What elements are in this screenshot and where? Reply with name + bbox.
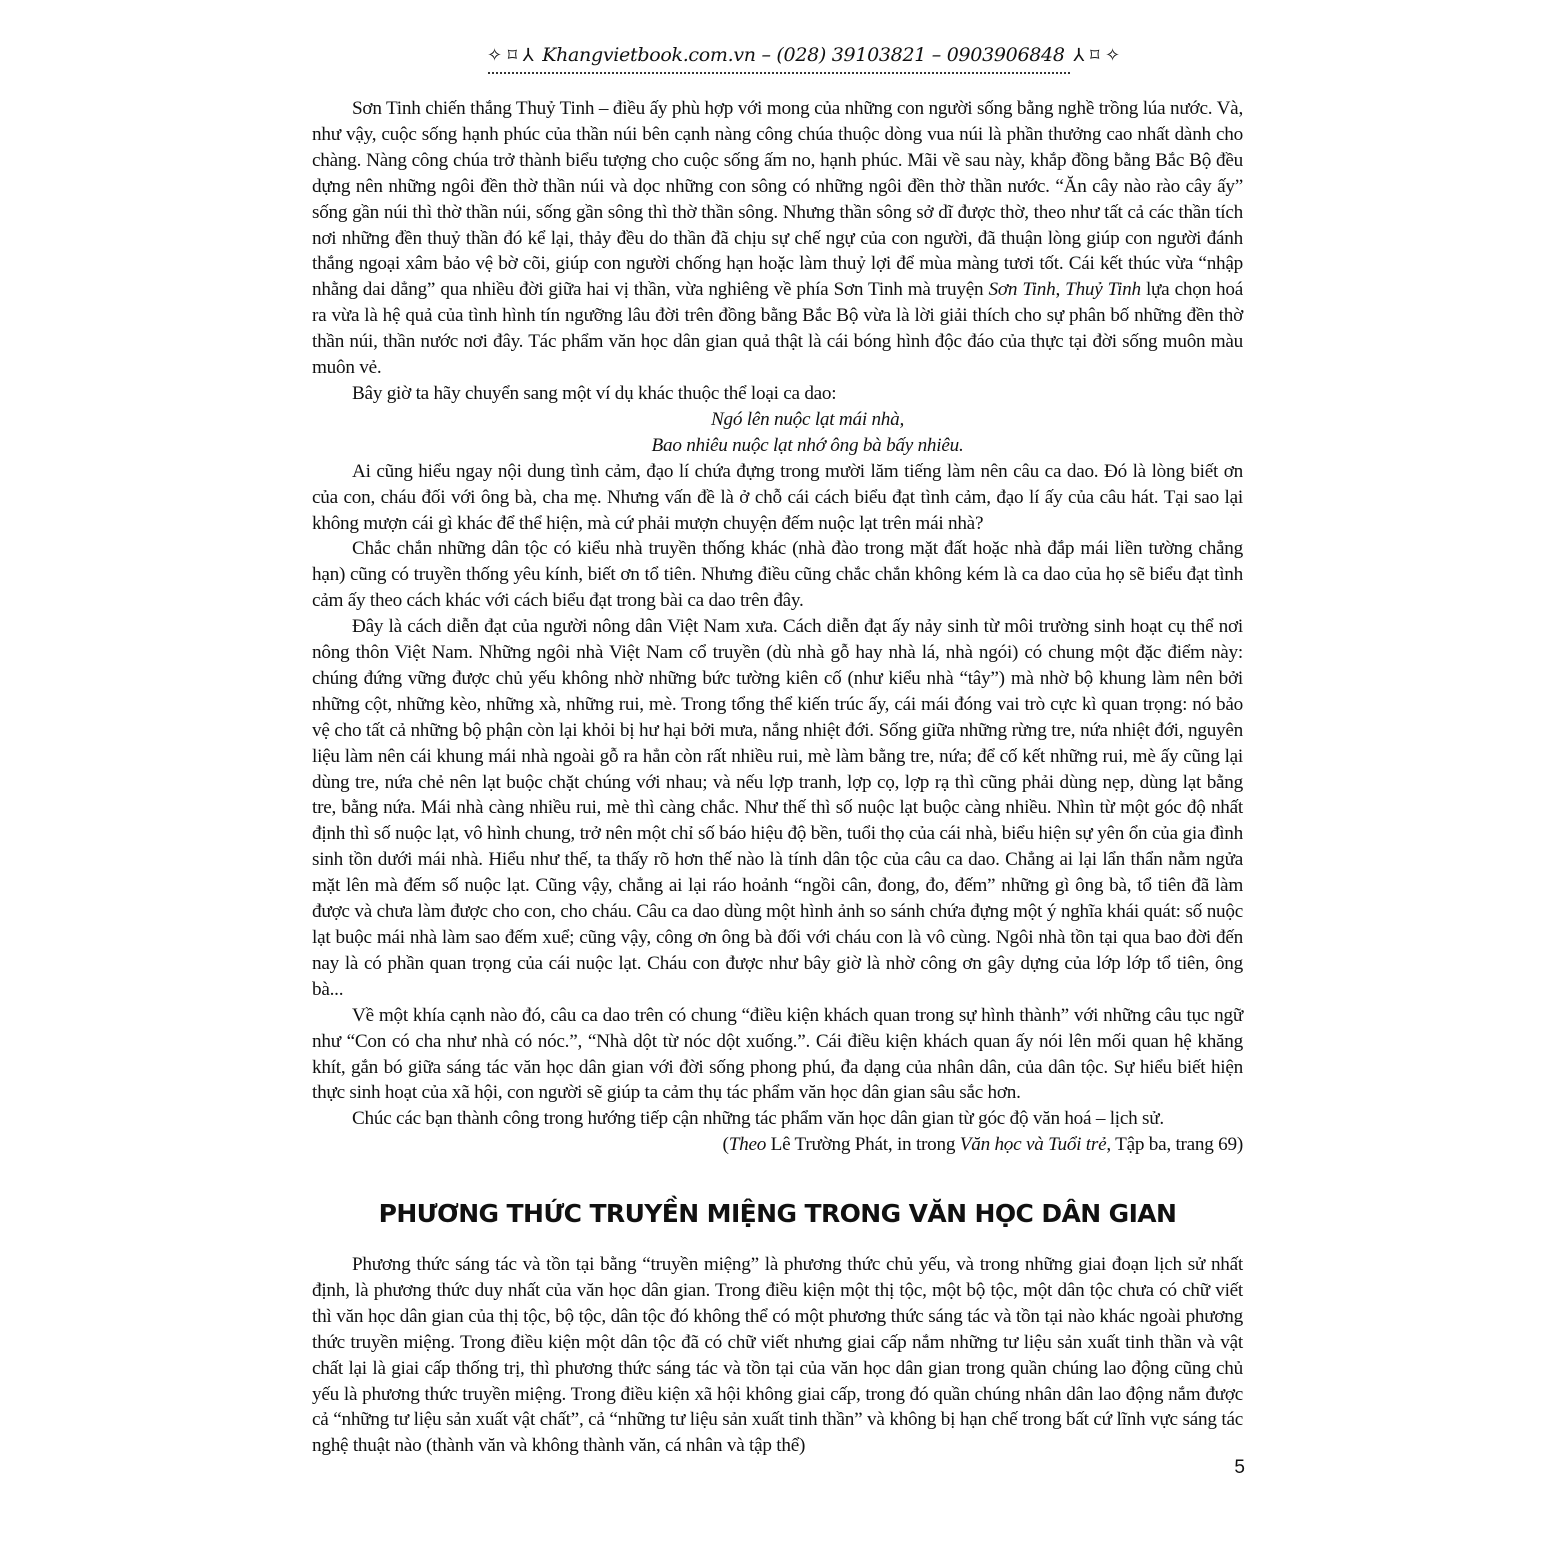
paragraph: Ai cũng hiểu ngay nội dung tình cảm, đạo… (312, 459, 1243, 537)
article-body: Sơn Tinh chiến thắng Thuỷ Tinh – điều ấy… (312, 96, 1243, 1158)
page-number: 5 (1225, 1457, 1245, 1479)
star-ornament-icon: ✧ (1105, 41, 1120, 71)
header-publisher-contact: Khangvietbook.com.vn – (028) 39103821 – … (542, 44, 1064, 66)
italic-title: Sơn Tinh (989, 279, 1056, 300)
header-dotted-rule (488, 72, 1070, 74)
paragraph: Chúc các bạn thành công trong hướng tiếp… (312, 1106, 1243, 1132)
page-header: ✧⌑⅄ Khangvietbook.com.vn – (028) 3910382… (484, 40, 1074, 74)
source-citation: (Theo Lê Trường Phát, in trong Văn học v… (312, 1132, 1243, 1158)
section-body: Phương thức sáng tác và tồn tại bằng “tr… (312, 1252, 1243, 1459)
verse-line: Ngó lên nuộc lạt mái nhà, (312, 407, 1243, 433)
square-ornament-icon: ⌑ (1090, 41, 1099, 71)
paragraph: Chắc chắn những dân tộc có kiểu nhà truy… (312, 536, 1243, 614)
tripod-ornament-icon: ⅄ (523, 41, 534, 71)
star-ornament-icon: ✧ (487, 41, 502, 71)
italic-title: Thuỷ Tinh (1065, 279, 1141, 300)
paragraph: Bây giờ ta hãy chuyển sang một ví dụ khá… (312, 381, 1243, 407)
paragraph: Về một khía cạnh nào đó, câu ca dao trên… (312, 1003, 1243, 1107)
tripod-ornament-icon: ⅄ (1073, 41, 1084, 71)
verse-line: Bao nhiêu nuộc lạt nhớ ông bà bấy nhiêu. (312, 433, 1243, 459)
section-heading: PHƯƠNG THỨC TRUYỀN MIỆNG TRONG VĂN HỌC D… (312, 1194, 1243, 1234)
paragraph: Phương thức sáng tác và tồn tại bằng “tr… (312, 1252, 1243, 1459)
paragraph: Đây là cách diễn đạt của người nông dân … (312, 614, 1243, 1003)
paragraph: Sơn Tinh chiến thắng Thuỷ Tinh – điều ấy… (312, 96, 1243, 381)
square-ornament-icon: ⌑ (508, 41, 517, 71)
publication-title: Văn học và Tuổi trẻ (960, 1134, 1107, 1155)
